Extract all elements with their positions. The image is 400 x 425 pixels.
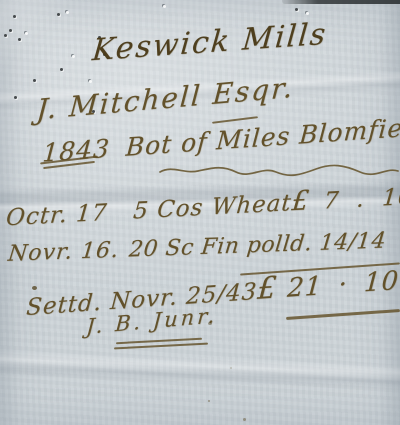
esq-underline xyxy=(212,116,258,124)
total-underline xyxy=(286,309,400,319)
entry-item: 20 Sc Fin polld. 14/ xyxy=(128,229,358,262)
pin-hole xyxy=(66,11,69,14)
pin-hole xyxy=(163,5,166,8)
entry-amount: 14 . 0 0 xyxy=(355,225,400,254)
pin-hole xyxy=(4,34,7,37)
pin-hole xyxy=(9,29,12,32)
pin-hole xyxy=(25,32,28,35)
ink-blot xyxy=(208,322,212,325)
entry-item: 5 Cos Wheat xyxy=(132,190,293,224)
pin-hole xyxy=(295,8,298,11)
pin-hole xyxy=(18,38,21,41)
bought-of-text: Bot of Miles Blomfield xyxy=(125,111,400,161)
pin-hole xyxy=(33,79,36,82)
mill-name: Keswick Mills xyxy=(91,17,329,69)
entry-row-1: Octr. 17 5 Cos Wheat £ 7 . 10 . 0 xyxy=(5,181,395,232)
paper-speck xyxy=(243,418,246,421)
ink-blot xyxy=(32,286,37,290)
receipt-paper: Keswick Mills J. Mitchell Esqr. 1843 Bot… xyxy=(0,0,400,425)
pin-hole xyxy=(89,80,92,83)
pound-sign: £ xyxy=(290,185,311,217)
paper-speck xyxy=(230,367,232,369)
total-amount: 21 · 10 . 0 xyxy=(286,262,400,304)
scan-edge-shadow xyxy=(282,0,400,4)
pin-hole xyxy=(72,55,75,58)
pin-hole xyxy=(306,12,309,15)
pound-sign: £ xyxy=(256,270,279,307)
paper-speck xyxy=(208,400,210,402)
pin-hole xyxy=(13,15,16,18)
entry-date: Novr. 16. xyxy=(7,238,121,267)
entry-date: Octr. 17 xyxy=(5,200,108,231)
pin-hole xyxy=(60,68,63,71)
entry-amount: 7 . 10 . 0 xyxy=(323,181,400,215)
entry-row-2: Novr. 16. 20 Sc Fin polld. 14/ 14 . 0 0 xyxy=(7,228,393,267)
wavy-underline xyxy=(158,162,400,178)
pin-hole xyxy=(57,13,60,16)
pin-hole xyxy=(14,96,17,99)
